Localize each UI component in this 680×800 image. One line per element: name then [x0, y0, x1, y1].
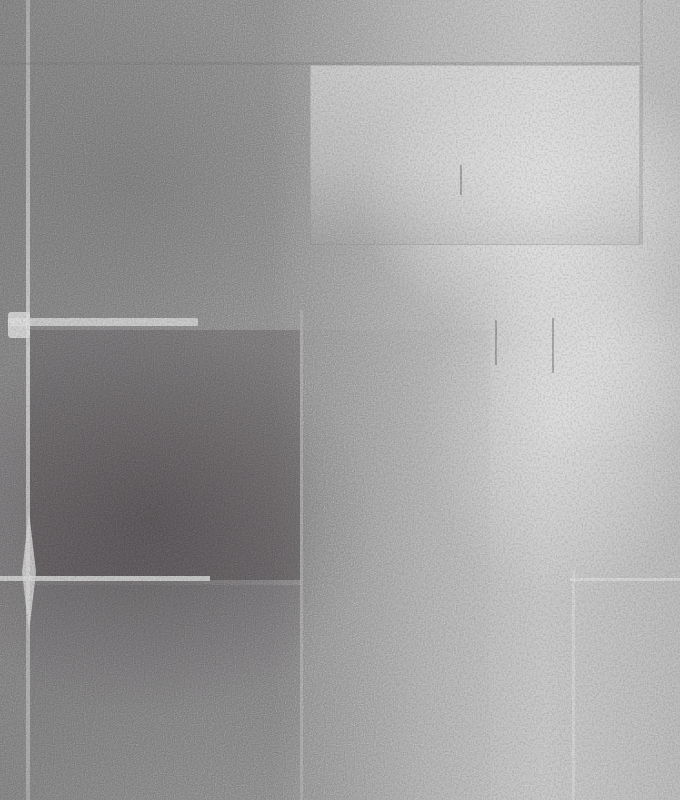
surface-scratch	[552, 318, 554, 373]
foil-patch-upper-right	[310, 65, 640, 245]
foil-patch-left-middle	[30, 330, 300, 580]
horizontal-seam-upper-left	[8, 318, 198, 326]
horizontal-seam-lower-right	[570, 578, 680, 581]
silver-leaf-texture	[0, 0, 680, 800]
surface-scratch	[495, 320, 497, 365]
foil-patch-center-lower	[300, 330, 490, 800]
vertical-seam-lower-right	[572, 570, 575, 800]
vertical-seam-left	[26, 0, 30, 800]
horizontal-seam-top	[0, 62, 640, 65]
vertical-seam-center	[300, 310, 303, 800]
foil-patch-lower-left	[30, 585, 300, 800]
surface-scratch	[460, 165, 462, 195]
vertical-seam-top-right	[640, 0, 643, 245]
foil-patch-right-highlight	[485, 245, 680, 445]
seam-overlap-patch	[8, 312, 30, 338]
